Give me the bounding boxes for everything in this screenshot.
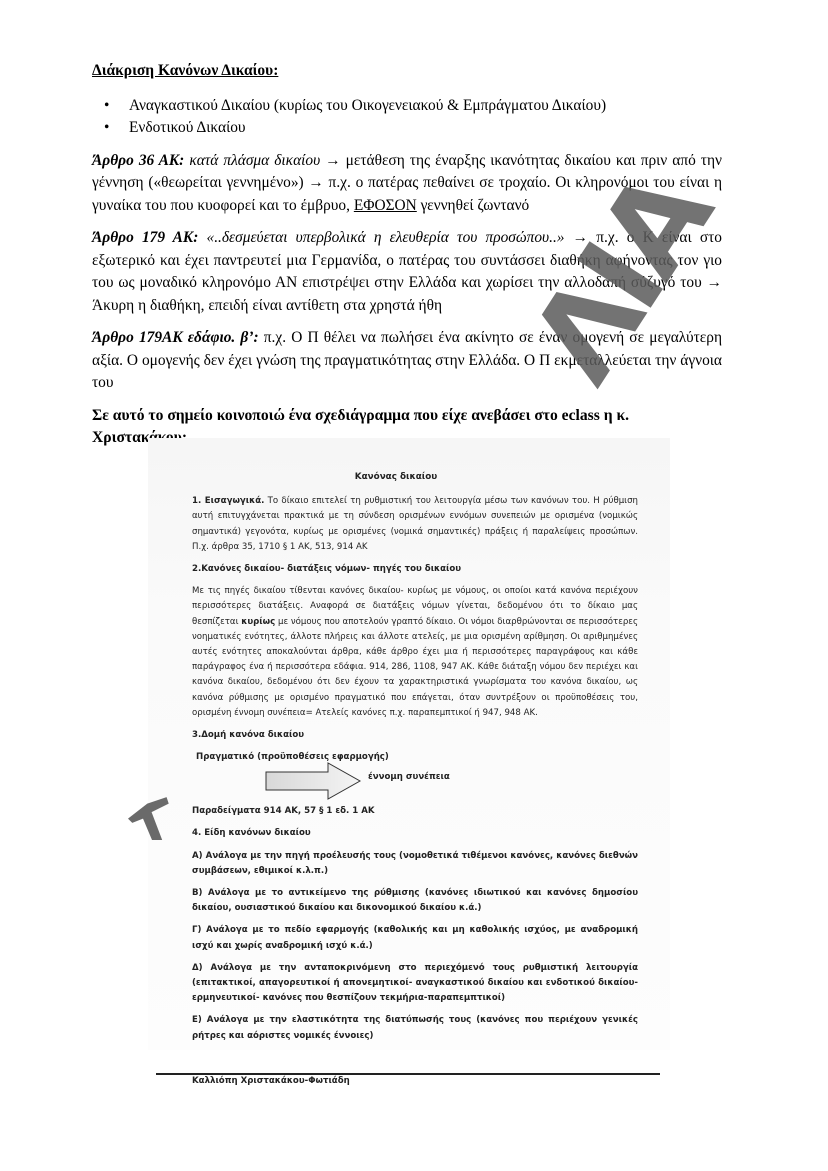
- scan-examples: Παραδείγματα 914 ΑΚ, 57 § 1 εδ. 1 ΑΚ: [192, 804, 638, 819]
- section-heading: Διάκριση Κανόνων Δικαίου:: [92, 60, 722, 83]
- bullet-item: •Αναγκαστικού Δικαίου (κυρίως του Οικογε…: [129, 95, 722, 118]
- scan-type-item: Ε) Ανάλογα με την ελαστικότητα της διατύ…: [192, 1013, 638, 1043]
- bullet-list: •Αναγκαστικού Δικαίου (κυρίως του Οικογε…: [92, 95, 722, 140]
- document-page: Διάκριση Κανόνων Δικαίου: •Αναγκαστικού …: [0, 0, 828, 1171]
- arrow-icon: →: [325, 152, 340, 169]
- block-arrow-icon: [264, 762, 364, 800]
- underlined-word: ΕΦΟΣΟΝ: [354, 197, 417, 214]
- scan-section-4-title: 4. Είδη κανόνων δικαίου: [192, 826, 638, 841]
- article-179b-paragraph: Άρθρο 179ΑΚ εδάφιο. β’: π.χ. Ο Π θέλει ν…: [92, 327, 722, 395]
- scan-text: με νόμους που αποτελούν γραπτό δίκαιο. Ο…: [192, 617, 638, 718]
- scan-section-2: Με τις πηγές δικαίου τίθενται κανόνες δι…: [192, 584, 638, 721]
- scan-title: Κανόνας δικαίου: [154, 470, 638, 485]
- scanned-outline-content: Κανόνας δικαίου 1. Εισαγωγικά. Το δίκαιο…: [192, 470, 638, 1089]
- article-label: Άρθρο 179 ΑΚ:: [92, 229, 198, 246]
- bullet-text: Αναγκαστικού Δικαίου (κυρίως του Οικογεν…: [129, 97, 606, 114]
- scan-author: Καλλιόπη Χριστακάκου-Φωτιάδη: [192, 1074, 638, 1089]
- arrow-icon: →: [707, 274, 722, 291]
- bullet-icon: •: [104, 117, 109, 140]
- article-label: Άρθρο 179ΑΚ εδάφιο. β’:: [92, 329, 259, 346]
- article-quote: «..δεσμεύεται υπερβολικά η ελευθερία του…: [207, 229, 565, 246]
- document-body: Διάκριση Κανόνων Δικαίου: •Αναγκαστικού …: [92, 60, 722, 449]
- bullet-icon: •: [104, 95, 109, 118]
- scan-section-1: 1. Εισαγωγικά. Το δίκαιο επιτελεί τη ρυθ…: [192, 494, 638, 555]
- bullet-text: Ενδοτικού Δικαίου: [129, 119, 246, 136]
- rule-structure-diagram: Πραγματικό (προϋποθέσεις εφαρμογής) έννο…: [192, 750, 638, 802]
- scan-bold-word: κυρίως: [241, 617, 275, 627]
- horizontal-rule: [156, 1073, 660, 1075]
- scan-section-3-title: 3.Δομή κανόνα δικαίου: [192, 728, 638, 743]
- arrow-icon: →: [573, 229, 588, 246]
- article-179-paragraph: Άρθρο 179 ΑΚ: «..δεσμεύεται υπερβολικά η…: [92, 227, 722, 317]
- scan-type-item: Δ) Ανάλογα με την ανταποκρινόμενη στο πε…: [192, 961, 638, 1007]
- scan-type-item: Α) Ανάλογα με την πηγή προέλευσής τους (…: [192, 849, 638, 879]
- article-text: γεννηθεί ζωντανό: [417, 197, 529, 214]
- scan-type-item: Γ) Ανάλογα με το πεδίο εφαρμογής (καθολι…: [192, 923, 638, 953]
- arrow-icon: →: [308, 174, 323, 191]
- bullet-item: •Ενδοτικού Δικαίου: [129, 117, 722, 140]
- scan-type-item: Β) Ανάλογα με το αντικείμενο της ρύθμιση…: [192, 886, 638, 916]
- scan-section-2-title: 2.Κανόνες δικαίου- διατάξεις νόμων- πηγέ…: [192, 562, 638, 577]
- article-italic: κατά πλάσμα δικαίου: [189, 152, 320, 169]
- diagram-result: έννομη συνέπεια: [368, 770, 450, 785]
- article-text: Άκυρη η διαθήκη, επειδή είναι αντίθετη σ…: [92, 297, 442, 314]
- scan-section-label: 1. Εισαγωγικά.: [192, 496, 264, 506]
- article-label: Άρθρο 36 ΑΚ:: [92, 152, 184, 169]
- scanned-outline-image: Κανόνας δικαίου 1. Εισαγωγικά. Το δίκαιο…: [148, 438, 670, 1050]
- article-36-paragraph: Άρθρο 36 ΑΚ: κατά πλάσμα δικαίου → μετάθ…: [92, 150, 722, 218]
